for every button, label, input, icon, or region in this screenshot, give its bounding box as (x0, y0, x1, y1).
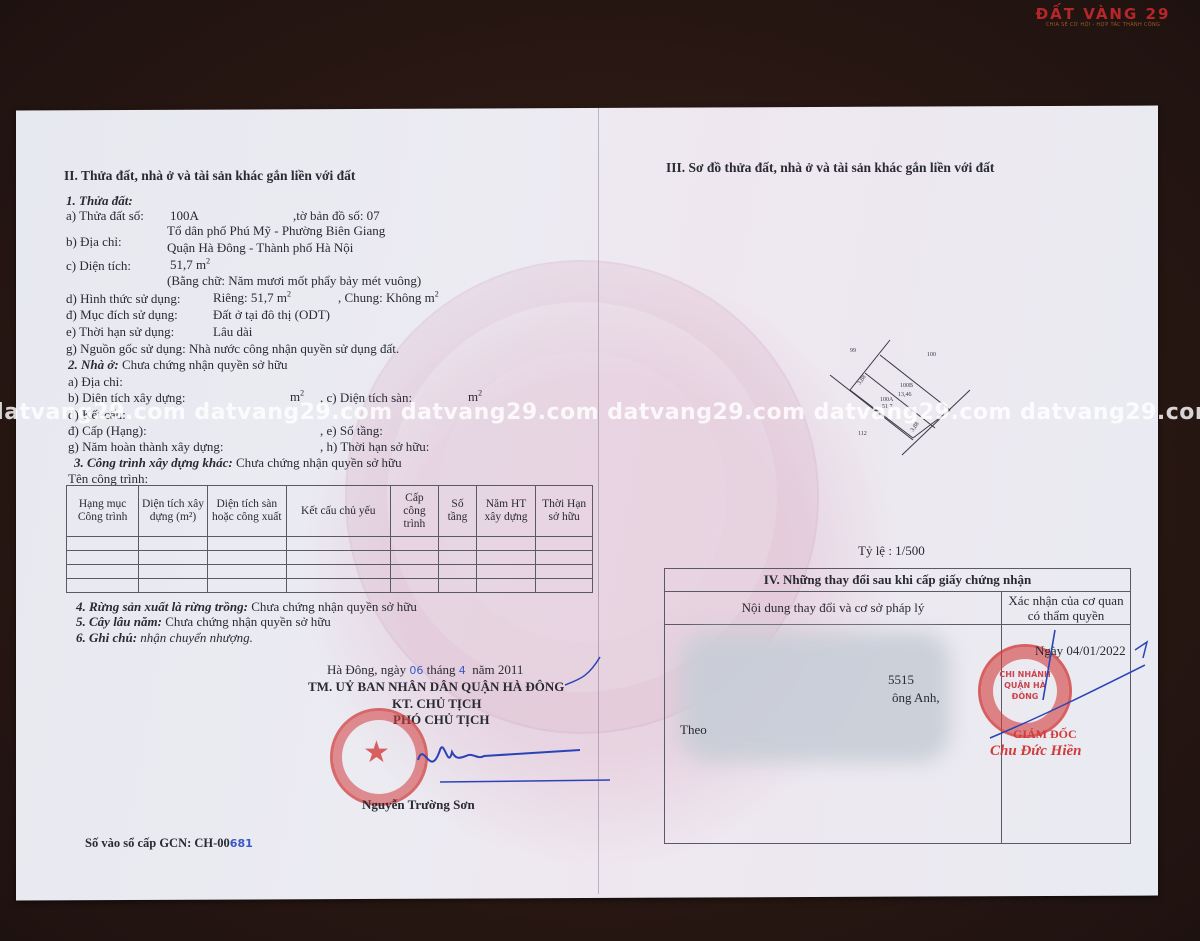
usage-form-label: d) Hình thức sử dụng: (66, 291, 180, 306)
section-ii-title: II. Thửa đất, nhà ở và tài sản khác gắn … (64, 168, 355, 183)
table-cell (286, 551, 390, 565)
parcel-number-value: 100A (170, 208, 199, 223)
logo-brand: ĐẤT VÀNG 29 (1028, 6, 1178, 22)
table-row (67, 537, 593, 551)
changes-title: IV. Những thay đổi sau khi cấp giấy chứn… (665, 569, 1131, 592)
address-line-1: Tổ dân phố Phú Mỹ - Phường Biên Giang (167, 223, 385, 238)
usage-purpose-label: đ) Mục đích sử dụng: (66, 307, 178, 322)
signing-place-date: Hà Đông, ngày 06 tháng 4 năm 2011 (327, 662, 523, 678)
changes-col-content: Nội dung thay đổi và cơ sở pháp lý (665, 592, 1002, 625)
entry-fragment-number: 5515 (888, 672, 914, 687)
table-cell (390, 537, 439, 551)
map-sheet-number: ,tờ bản đồ số: 07 (293, 208, 380, 223)
signing-kt: KT. CHỦ TỊCH (392, 696, 481, 711)
logo-tagline: CHIA SẺ CƠ HỘI - HỢP TÁC THÀNH CÔNG (1028, 22, 1178, 28)
address-line-2: Quận Hà Đông - Thành phố Hà Nội (167, 240, 353, 255)
entry-fragment-name: ông Anh, (892, 690, 940, 705)
table-cell (390, 551, 439, 565)
table-cell (476, 565, 536, 579)
other-works-section: 3. Công trình xây dựng khác: Chưa chứng … (74, 455, 402, 470)
table-row (67, 551, 593, 565)
other-works-table: Hạng mục Công trìnhDiện tích xây dựng (m… (66, 485, 593, 593)
works-table-header: Cấp công trình (390, 486, 439, 537)
table-cell (207, 565, 286, 579)
usage-common: , Chung: Không m2 (338, 290, 439, 305)
initials-mark (560, 655, 610, 695)
works-table-header: Số tầng (439, 486, 477, 537)
svg-text:100B: 100B (900, 383, 913, 389)
table-cell (67, 565, 139, 579)
house-ownership-term-label: , h) Thời hạn sở hữu: (320, 439, 429, 454)
works-name-label: Tên công trình: (68, 471, 148, 486)
svg-text:3,88: 3,88 (857, 374, 868, 386)
table-cell (390, 565, 439, 579)
usage-term-label: e) Thời hạn sử dụng: (66, 324, 174, 339)
house-floors-label: , e) Số tầng: (320, 423, 383, 438)
table-cell (439, 537, 477, 551)
table-cell (139, 579, 207, 593)
table-cell (390, 579, 439, 593)
table-cell (139, 537, 207, 551)
forest-section: 4. Rừng sản xuất là rừng trồng: Chưa chứ… (76, 599, 417, 614)
table-cell (67, 579, 139, 593)
watermark-text: datvang29.com datvang29.com datvang29.co… (0, 400, 1200, 425)
entry-fragment-theo: Theo (680, 722, 707, 737)
register-number: Số vào sổ cấp GCN: CH-00681 (85, 836, 253, 851)
svg-text:13,46: 13,46 (898, 392, 912, 398)
table-cell (476, 551, 536, 565)
works-table-header: Diện tích sàn hoặc công xuất (207, 486, 286, 537)
works-table-header: Thời Hạn sở hữu (536, 486, 593, 537)
svg-text:112: 112 (858, 431, 867, 437)
table-row (67, 565, 593, 579)
section-iii-title: III. Sơ đồ thửa đất, nhà ở và tài sản kh… (666, 160, 994, 175)
house-address-label: a) Địa chỉ: (68, 374, 123, 389)
table-cell (139, 565, 207, 579)
address-label: b) Địa chỉ: (66, 234, 122, 249)
parcel-heading: 1. Thửa đất: (66, 193, 133, 208)
works-table-header: Hạng mục Công trình (67, 486, 139, 537)
house-section: 2. Nhà ở: Chưa chứng nhận quyền sở hữu (68, 357, 288, 372)
table-cell (139, 551, 207, 565)
works-table-header: Năm HT xây dựng (476, 486, 536, 537)
parcel-number-label: a) Thửa đất số: (66, 208, 144, 223)
table-cell (439, 565, 477, 579)
area-label: c) Diện tích: (66, 258, 131, 273)
diagram-scale: Tỷ lệ : 1/500 (858, 543, 925, 558)
svg-text:99: 99 (850, 348, 856, 354)
brand-logo: ĐẤT VÀNG 29 CHIA SẺ CƠ HỘI - HỢP TÁC THÀ… (1028, 6, 1178, 28)
usage-term-value: Lâu dài (213, 324, 252, 339)
table-cell (536, 579, 593, 593)
table-cell (286, 565, 390, 579)
usage-origin: g) Nguồn gốc sử dụng: Nhà nước công nhận… (66, 341, 399, 356)
house-completion-year-label: g) Năm hoàn thành xây dựng: (68, 439, 223, 454)
house-grade-label: đ) Cấp (Hạng): (68, 423, 147, 438)
table-cell (476, 537, 536, 551)
table-cell (207, 579, 286, 593)
table-cell (207, 537, 286, 551)
works-table-header: Kết cấu chủ yếu (286, 486, 390, 537)
table-row (67, 579, 593, 593)
area-in-words: (Bằng chữ: Năm mươi mốt phẩy bảy mét vuô… (167, 273, 421, 288)
table-cell (439, 551, 477, 565)
works-table-header: Diện tích xây dựng (m²) (139, 486, 207, 537)
table-cell (286, 579, 390, 593)
signing-organization: TM. UỶ BAN NHÂN DÂN QUẬN HÀ ĐÔNG (308, 679, 564, 694)
table-cell (536, 537, 593, 551)
note-section: 6. Ghi chú: nhận chuyển nhượng. (76, 630, 253, 645)
svg-text:100: 100 (927, 352, 936, 358)
table-cell (207, 551, 286, 565)
signature-right (985, 620, 1155, 750)
table-cell (476, 579, 536, 593)
table-cell (286, 537, 390, 551)
usage-purpose-value: Đất ở tại đô thị (ODT) (213, 307, 330, 322)
signature-left (400, 730, 620, 790)
table-cell (439, 579, 477, 593)
area-value: 51,7 m2 (170, 257, 210, 272)
table-cell (67, 537, 139, 551)
star-icon: ★ (363, 735, 390, 770)
table-cell (67, 551, 139, 565)
table-cell (536, 565, 593, 579)
signer-name: Nguyễn Trường Sơn (362, 797, 475, 812)
perennial-section: 5. Cây lâu năm: Chưa chứng nhận quyền sở… (76, 614, 331, 629)
table-cell (536, 551, 593, 565)
usage-private: Riêng: 51,7 m2 (213, 290, 291, 305)
